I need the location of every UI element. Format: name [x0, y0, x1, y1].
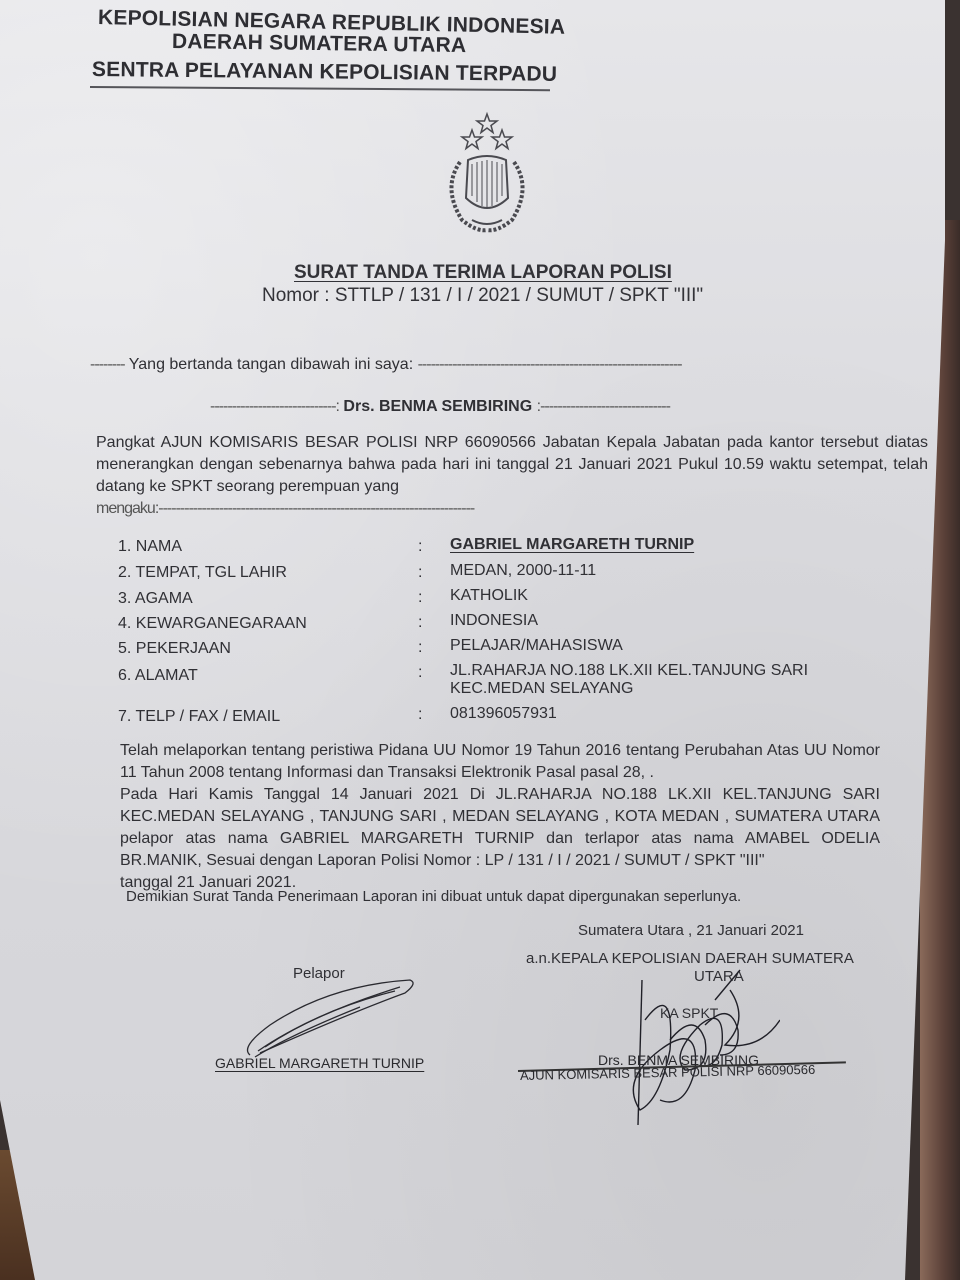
intro-line: -------- Yang bertanda tangan dibawah in…: [90, 356, 682, 374]
field-colon: :: [418, 639, 422, 657]
statement-text: Pangkat AJUN KOMISARIS BESAR POLISI NRP …: [96, 434, 928, 495]
header-unit: SENTRA PELAYANAN KEPOLISIAN TERPADU: [92, 58, 557, 87]
field-value-citizenship: INDONESIA: [450, 612, 538, 630]
report-paragraph: Telah melaporkan tentang peristiwa Pidan…: [120, 740, 880, 894]
closing-statement: Demikian Surat Tanda Penerimaan Laporan …: [126, 888, 741, 905]
field-colon: :: [418, 706, 422, 724]
field-value-address-line2: KEC.MEDAN SELAYANG: [450, 680, 633, 698]
officer-statement-paragraph: Pangkat AJUN KOMISARIS BESAR POLISI NRP …: [96, 432, 928, 520]
field-colon: :: [418, 664, 422, 682]
reporter-name: GABRIEL MARGARETH TURNIP: [215, 1055, 424, 1071]
field-value-birth: MEDAN, 2000-11-11: [450, 562, 596, 580]
field-value-name: GABRIEL MARGARETH TURNIP: [450, 536, 694, 554]
intro-dash-prefix: --------: [90, 356, 125, 373]
report-part1: Telah melaporkan tentang peristiwa Pidan…: [120, 742, 880, 781]
field-colon: :: [418, 538, 422, 556]
field-label-contact: 7. TELP / FAX / EMAIL: [118, 708, 280, 726]
police-emblem-icon: [432, 110, 542, 240]
document-title: SURAT TANDA TERIMA LAPORAN POLISI: [294, 262, 672, 284]
field-value-occupation: PELAJAR/MAHASISWA: [450, 637, 623, 655]
field-colon: :: [418, 564, 422, 582]
officer-line: -----------------------------: Drs. BENM…: [210, 398, 670, 416]
field-value-address: JL.RAHARJA NO.188 LK.XII KEL.TANJUNG SAR…: [450, 662, 808, 680]
field-colon: :: [418, 614, 422, 632]
reporter-role: Pelapor: [293, 965, 345, 982]
intro-text: Yang bertanda tangan dibawah ini saya:: [129, 356, 413, 373]
field-label-birth: 2. TEMPAT, TGL LAHIR: [118, 564, 287, 582]
field-label-name: 1. NAMA: [118, 538, 182, 556]
field-label-occupation: 5. PEKERJAAN: [118, 640, 231, 658]
officer-dash-prefix: -----------------------------:: [210, 398, 339, 415]
field-label-religion: 3. AGAMA: [118, 590, 193, 608]
field-value-religion: KATHOLIK: [450, 587, 528, 605]
signatory-position: KA SPKT: [660, 1005, 718, 1021]
statement-last-line: mengaku:--------------------------------…: [96, 498, 928, 520]
intro-dash-suffix: ----------------------------------------…: [418, 356, 682, 373]
field-value-contact: 081396057931: [450, 705, 557, 723]
report-part2: Pada Hari Kamis Tanggal 14 Januari 2021 …: [120, 786, 880, 869]
header-region: DAERAH SUMATERA UTARA: [172, 30, 467, 58]
place-date: Sumatera Utara , 21 Januari 2021: [578, 922, 804, 939]
signatory-authority: a.n.KEPALA KEPOLISIAN DAERAH SUMATERA: [526, 950, 854, 967]
field-label-address: 6. ALAMAT: [118, 667, 198, 685]
document-number: Nomor : STTLP / 131 / I / 2021 / SUMUT /…: [262, 285, 703, 307]
officer-name: Drs. BENMA SEMBIRING: [343, 398, 532, 415]
officer-dash-suffix: :------------------------------: [537, 398, 670, 415]
field-colon: :: [418, 589, 422, 607]
field-label-citizenship: 4. KEWARGANEGARAAN: [118, 615, 307, 633]
signatory-authority-line2: UTARA: [694, 968, 744, 985]
